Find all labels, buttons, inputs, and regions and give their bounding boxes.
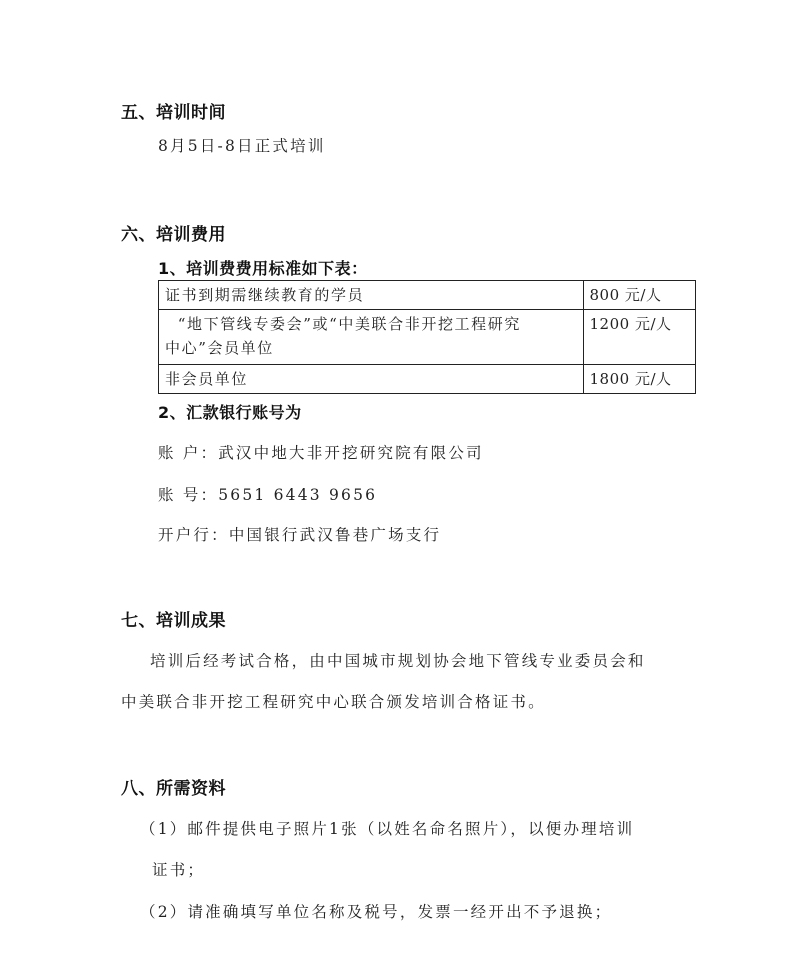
fee-category-line2: 中心”会员单位 [165,336,577,360]
required-item-1-line1: （1）邮件提供电子照片1张（以姓名命名照片），以便办理培训 [140,817,634,839]
section-seven-title: 七、培训成果 [121,606,226,631]
table-row: 证书到期需继续教育的学员 800 元/人 [159,281,696,310]
table-row: 非会员单位 1800 元/人 [159,365,696,394]
training-result-line1: 培训后经考试合格，由中国城市规划协会地下管线专业委员会和 [150,649,646,671]
fee-price-cell: 1800 元/人 [583,365,695,394]
section-six-title: 六、培训费用 [121,220,226,245]
fee-category-line1: “地下管线专委会”或“中美联合非开挖工程研究 [165,312,577,336]
training-result-line2: 中美联合非开挖工程研究中心联合颁发培训合格证书。 [121,690,546,712]
account-number-value: 5651 6443 9656 [218,486,377,504]
bank-name-value: 中国银行武汉鲁巷广场支行 [229,526,441,544]
fee-table: 证书到期需继续教育的学员 800 元/人 “地下管线专委会”或“中美联合非开挖工… [158,280,696,394]
fee-price-cell: 1200 元/人 [583,310,695,365]
fee-price-cell: 800 元/人 [583,281,695,310]
account-number-line: 账 号：5651 6443 9656 [158,483,377,505]
fee-standard-subtitle: 1、培训费费用标准如下表： [158,256,368,279]
account-number-label: 账 号： [158,486,218,504]
bank-name-line: 开户行：中国银行武汉鲁巷广场支行 [158,523,441,545]
fee-category-cell: 非会员单位 [159,365,584,394]
account-name-label: 账 户： [158,444,218,462]
section-eight-title: 八、所需资料 [121,774,226,799]
fee-category-cell: “地下管线专委会”或“中美联合非开挖工程研究 中心”会员单位 [159,310,584,365]
fee-category-cell: 证书到期需继续教育的学员 [159,281,584,310]
required-item-2: （2）请准确填写单位名称及税号，发票一经开出不予退换； [140,900,612,922]
bank-name-label: 开户行： [158,526,229,544]
bank-account-subtitle: 2、汇款银行账号为 [158,400,302,423]
account-name-value: 武汉中地大非开挖研究院有限公司 [218,444,484,462]
account-name-line: 账 户：武汉中地大非开挖研究院有限公司 [158,441,484,463]
required-item-1-line2: 证书； [152,858,205,880]
table-row: “地下管线专委会”或“中美联合非开挖工程研究 中心”会员单位 1200 元/人 [159,310,696,365]
training-date-text: 8月5日-8日正式培训 [158,134,326,156]
section-five-title: 五、培训时间 [121,98,226,123]
